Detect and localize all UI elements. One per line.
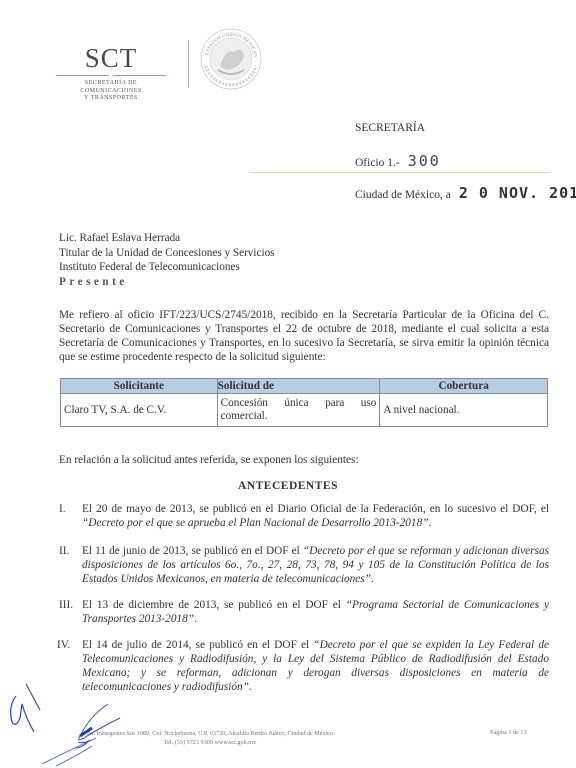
oficio-underline <box>250 172 550 173</box>
item-text: El 20 de mayo de 2013, se publicó en el … <box>82 503 549 515</box>
item-tail: . <box>249 681 252 693</box>
item-number: III. <box>59 598 73 612</box>
item-number: II. <box>59 544 69 558</box>
addressee-institution: Instituto Federal de Telecomunicaciones <box>59 260 275 275</box>
date-line: Ciudad de México, a2 0 NOV. 2018 <box>355 184 576 202</box>
logo-acronym: SCT <box>56 44 166 72</box>
footer-address-block: Av. Insurgentes Sur 1089, Col. Nochebuen… <box>0 729 420 747</box>
item-text: El 14 de julio de 2014, se publicó en el… <box>82 639 313 651</box>
coat-of-arms-seal-icon: ESTADOS UNIDOS MEXICANOS <box>198 26 264 92</box>
table-row: Claro TV, S.A. de C.V. Concesión única p… <box>61 394 548 427</box>
secretaria-label: SECRETARÍA <box>355 122 425 134</box>
letterhead-divider <box>188 40 189 88</box>
oficio-reference: Oficio 1.-300 <box>355 152 441 170</box>
addressee-title: Titular de la Unidad de Concesiones y Se… <box>59 246 275 261</box>
item-tail: . <box>371 573 374 585</box>
section-title-antecedentes: ANTECEDENTES <box>0 480 576 492</box>
list-item: III. El 13 de diciembre de 2013, se publ… <box>59 598 549 626</box>
addressee-greeting: Presente <box>59 275 275 290</box>
relation-text: En relación a la solicitud antes referid… <box>59 454 359 466</box>
item-number: IV. <box>57 638 70 652</box>
item-text: El 13 de diciembre de 2013, se publicó e… <box>82 599 346 611</box>
addressee-name: Lic. Rafael Eslava Herrada <box>59 231 275 246</box>
list-item: IV. El 14 de julio de 2014, se publicó e… <box>57 638 549 694</box>
item-quote: “Decreto por el que se aprueba el Plan N… <box>82 517 429 529</box>
item-number: I. <box>59 502 66 516</box>
cell-solicitante: Claro TV, S.A. de C.V. <box>61 394 218 427</box>
sct-logo: SCT SECRETARÍA DE COMUNICACIONES Y TRANS… <box>56 44 166 103</box>
oficio-label: Oficio 1.- <box>355 157 400 169</box>
logo-subtitle-line: SECRETARÍA DE <box>56 80 166 88</box>
city-label: Ciudad de México, a <box>355 189 451 201</box>
addressee-block: Lic. Rafael Eslava Herrada Titular de la… <box>59 231 275 289</box>
cell-solicitud: Concesión única para uso comercial. <box>217 394 380 427</box>
logo-tricolor-rule <box>56 75 166 77</box>
footer-address: Av. Insurgentes Sur 1089, Col. Nochebuen… <box>0 729 420 738</box>
request-table: Solicitante Solicitud de Cobertura Claro… <box>60 378 548 427</box>
table-header-row: Solicitante Solicitud de Cobertura <box>61 379 548 394</box>
column-header-cobertura: Cobertura <box>380 379 548 394</box>
page-number: Página 1 de 13 <box>490 729 527 736</box>
item-tail: . <box>194 613 197 625</box>
list-item: II. El 11 de junio de 2013, se publicó e… <box>59 544 549 586</box>
oficio-number: 300 <box>408 152 441 170</box>
logo-subtitle-line: COMUNICACIONES <box>56 88 166 96</box>
antecedentes-list: I. El 20 de mayo de 2013, se publicó en … <box>59 502 549 709</box>
item-tail: . <box>429 517 432 529</box>
column-header-solicitud: Solicitud de <box>217 379 380 394</box>
footer-contact: Tel. (55) 5723 9300 www.sct.gob.mx <box>0 738 420 747</box>
list-item: I. El 20 de mayo de 2013, se publicó en … <box>59 502 549 530</box>
date-stamp: 2 0 NOV. 2018 <box>459 184 576 202</box>
cell-cobertura: A nivel nacional. <box>380 394 548 427</box>
logo-subtitle-line: Y TRANSPORTES <box>56 95 166 103</box>
item-text: El 11 de junio de 2013, se publicó en el… <box>82 545 303 557</box>
column-header-solicitante: Solicitante <box>61 379 218 394</box>
intro-paragraph: Me refiero al oficio IFT/223/UCS/2745/20… <box>59 308 549 364</box>
